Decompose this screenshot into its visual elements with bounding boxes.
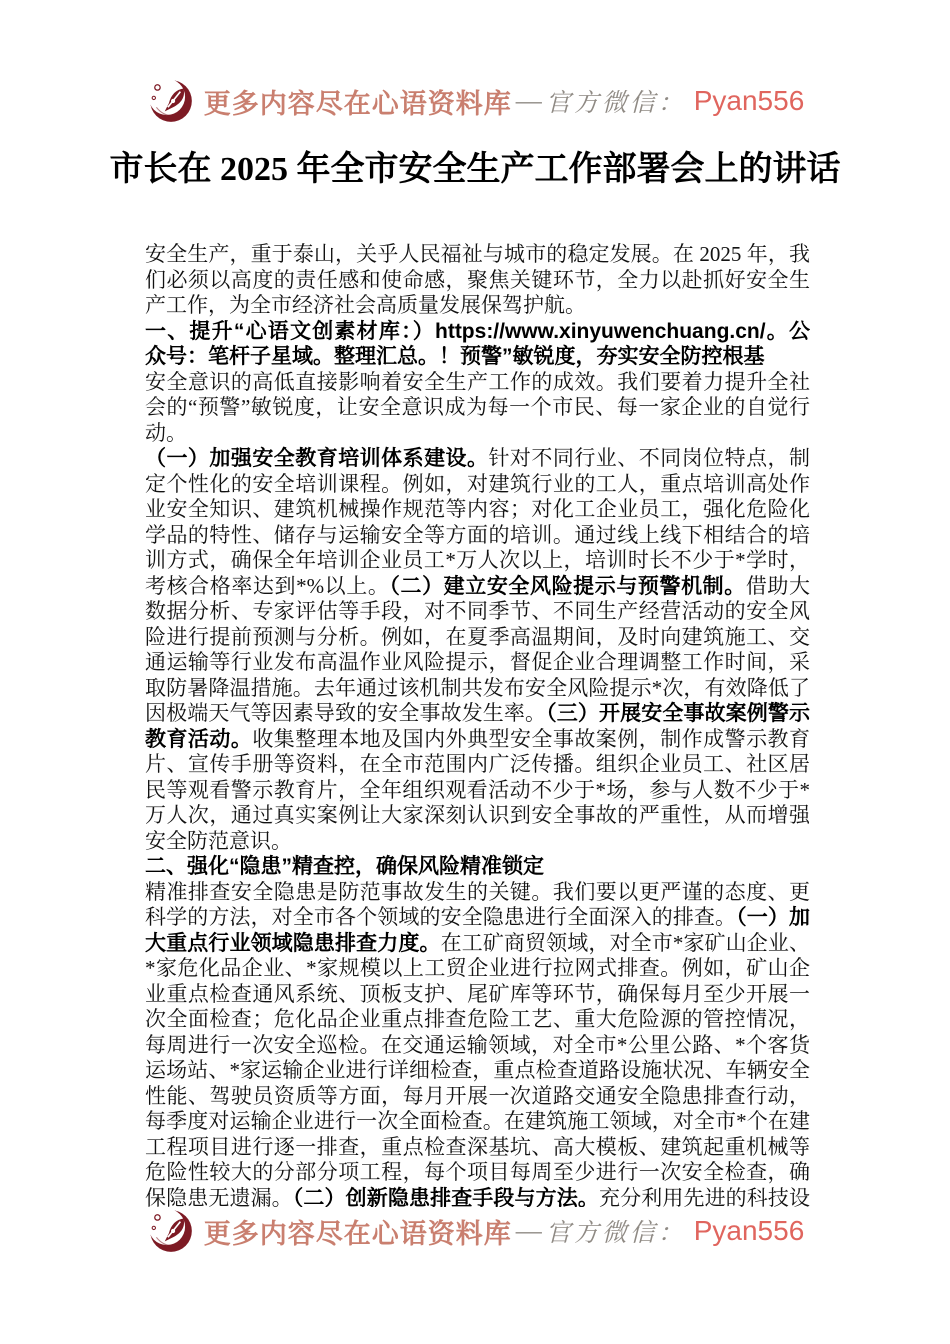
watermark-wechat-label: 官方微信：: [546, 83, 686, 119]
watermark-header: 更多内容尽在心语资料库 — 官方微信： Pyan556: [0, 0, 950, 126]
watermark-footer: 更多内容尽在心语资料库 — 官方微信： Pyan556: [0, 1206, 950, 1256]
page-title: 市长在 2025 年全市安全生产工作部署会上的讲话: [80, 148, 870, 192]
pen-nib-circle-logo-icon: [146, 1206, 196, 1256]
bold-text-run: 二、强化“隐患”精查控，确保风险精准锁定: [145, 855, 544, 878]
section-heading: 一、提升“心语文创素材库：）https://www.xinyuwenchuang…: [145, 319, 810, 370]
text-run: 安全生产，重于泰山，关乎人民福祉与城市的稳定发展。在 2025 年，我们必须以高…: [145, 242, 810, 317]
watermark-dash: —: [516, 1216, 542, 1246]
text-run: 精准排查安全隐患是防范事故发生的关键。我们要以更严谨的态度、更科学的方法，对全市…: [145, 880, 810, 930]
watermark-text: 更多内容尽在心语资料库: [204, 82, 512, 121]
text-run: 安全意识的高低直接影响着安全生产工作的成效。我们要着力提升全社会的“预警”敏锐度…: [145, 370, 810, 445]
pen-nib-circle-logo-icon: [146, 76, 196, 126]
bold-text-run: （二）建立安全风险提示与预警机制。: [389, 575, 745, 598]
watermark-wechat-id: Pyan556: [694, 1215, 805, 1247]
document-page: 更多内容尽在心语资料库 — 官方微信： Pyan556 市长在 2025 年全市…: [0, 0, 950, 1344]
body-paragraph: 安全生产，重于泰山，关乎人民福祉与城市的稳定发展。在 2025 年，我们必须以高…: [145, 242, 810, 319]
watermark-text: 更多内容尽在心语资料库: [204, 1212, 512, 1251]
bold-text-run: 一、提升“心语文创素材库：）https://www.xinyuwenchuang…: [145, 320, 810, 369]
watermark-wechat-label: 官方微信：: [546, 1213, 686, 1249]
body-paragraph: 精准排查安全隐患是防范事故发生的关键。我们要以更严谨的态度、更科学的方法，对全市…: [145, 880, 810, 1208]
watermark-dash: —: [516, 86, 542, 116]
body-paragraph: （一）加强安全教育培训体系建设。针对不同行业、不同岗位特点，制定个性化的安全培训…: [145, 446, 810, 854]
document-body: 安全生产，重于泰山，关乎人民福祉与城市的稳定发展。在 2025 年，我们必须以高…: [145, 242, 810, 1207]
body-paragraph: 安全意识的高低直接影响着安全生产工作的成效。我们要着力提升全社会的“预警”敏锐度…: [145, 370, 810, 447]
bold-text-run: （二）创新隐患排查手段与方法。: [293, 1187, 599, 1208]
section-heading: 二、强化“隐患”精查控，确保风险精准锁定: [145, 854, 810, 880]
watermark-wechat-id: Pyan556: [694, 85, 805, 117]
bold-text-run: （一）加强安全教育培训体系建设。: [145, 447, 488, 470]
text-run: 在工矿商贸领域，对全市*家矿山企业、*家危化品企业、*家规模以上工贸企业进行拉网…: [145, 931, 810, 1208]
